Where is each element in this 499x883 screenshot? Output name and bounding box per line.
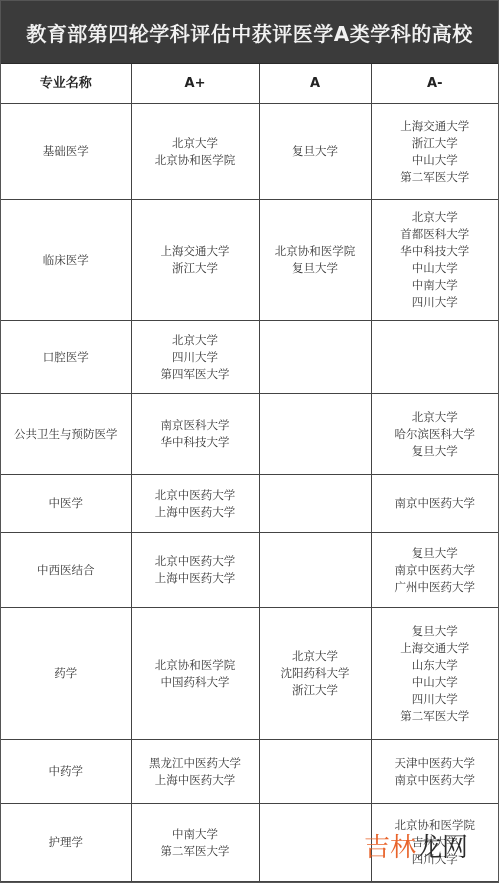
university-name: 第二军医大学 [132, 843, 259, 860]
university-name: 南京中医药大学 [372, 495, 499, 512]
university-name: 沈阳药科大学 [260, 665, 371, 682]
subject-cell: 基础医学 [1, 104, 131, 200]
subject-cell: 中药学 [1, 740, 131, 804]
table-row: 药学北京协和医学院中国药科大学北京大学沈阳药科大学浙江大学复旦大学上海交通大学山… [1, 608, 498, 740]
grade-cell-a-minus: 北京大学首都医科大学华中科技大学中山大学中南大学四川大学 [371, 200, 498, 321]
subject-cell: 中医学 [1, 475, 131, 533]
university-name: 四川大学 [372, 294, 499, 311]
grade-cell-a [259, 533, 371, 608]
grade-cell-a-minus: 上海交通大学浙江大学中山大学第二军医大学 [371, 104, 498, 200]
table-row: 中西医结合北京中医药大学上海中医药大学复旦大学南京中医药大学广州中医药大学 [1, 533, 498, 608]
subject-cell: 公共卫生与预防医学 [1, 394, 131, 475]
header-subject: 专业名称 [1, 64, 131, 104]
table-row: 中药学黑龙江中医药大学上海中医药大学天津中医药大学南京中医药大学 [1, 740, 498, 804]
header-a-minus: A- [371, 64, 498, 104]
university-name: 广州中医药大学 [372, 579, 499, 596]
grade-cell-a-plus: 北京大学北京协和医学院 [131, 104, 259, 200]
grade-cell-a: 北京协和医学院复旦大学 [259, 200, 371, 321]
grade-cell-a-plus: 北京大学四川大学第四军医大学 [131, 321, 259, 394]
university-name: 山东大学 [372, 657, 499, 674]
university-name: 南京中医药大学 [372, 562, 499, 579]
university-name: 黑龙江中医药大学 [132, 755, 259, 772]
university-name: 华中科技大学 [372, 243, 499, 260]
grade-cell-a: 北京大学沈阳药科大学浙江大学 [259, 608, 371, 740]
subject-cell: 中西医结合 [1, 533, 131, 608]
grade-cell-a [259, 804, 371, 882]
university-name: 北京大学 [260, 648, 371, 665]
university-name: 第二军医大学 [372, 708, 499, 725]
university-name: 华中科技大学 [132, 434, 259, 451]
grade-cell-a [259, 740, 371, 804]
university-name: 上海交通大学 [372, 640, 499, 657]
grade-cell-a-plus: 上海交通大学浙江大学 [131, 200, 259, 321]
grade-cell-a [259, 475, 371, 533]
grade-cell-a-minus: 南京中医药大学 [371, 475, 498, 533]
university-name: 哈尔滨医科大学 [372, 426, 499, 443]
subject-cell: 护理学 [1, 804, 131, 882]
university-name: 北京大学 [132, 135, 259, 152]
table-row: 公共卫生与预防医学南京医科大学华中科技大学北京大学哈尔滨医科大学复旦大学 [1, 394, 498, 475]
university-name: 上海中医药大学 [132, 772, 259, 789]
university-name: 浙江大学 [260, 682, 371, 699]
university-name: 上海交通大学 [132, 243, 259, 260]
grade-cell-a-minus: 北京大学哈尔滨医科大学复旦大学 [371, 394, 498, 475]
grade-cell-a [259, 394, 371, 475]
university-name: 北京大学 [372, 409, 499, 426]
header-row: 专业名称 A+ A A- [1, 64, 498, 104]
grade-cell-a: 复旦大学 [259, 104, 371, 200]
ranking-table: 专业名称 A+ A A- 基础医学北京大学北京协和医学院复旦大学上海交通大学浙江… [1, 64, 498, 882]
grade-cell-a-plus: 北京中医药大学上海中医药大学 [131, 475, 259, 533]
university-name: 上海交通大学 [372, 118, 499, 135]
grade-cell-a-plus: 北京中医药大学上海中医药大学 [131, 533, 259, 608]
grade-cell-a-minus: 复旦大学南京中医药大学广州中医药大学 [371, 533, 498, 608]
university-name: 第四军医大学 [132, 366, 259, 383]
university-name: 复旦大学 [260, 143, 371, 160]
subject-cell: 药学 [1, 608, 131, 740]
watermark-logo: 吉林龙网 [364, 833, 468, 863]
grade-cell-a-plus: 北京协和医学院中国药科大学 [131, 608, 259, 740]
university-name: 北京协和医学院 [260, 243, 371, 260]
table-row: 口腔医学北京大学四川大学第四军医大学 [1, 321, 498, 394]
university-name: 北京大学 [372, 209, 499, 226]
university-name: 上海中医药大学 [132, 570, 259, 587]
university-name: 南京医科大学 [132, 417, 259, 434]
university-name: 天津中医药大学 [372, 755, 499, 772]
university-name: 南京中医药大学 [372, 772, 499, 789]
university-name: 北京中医药大学 [132, 553, 259, 570]
university-name: 上海中医药大学 [132, 504, 259, 521]
university-name: 北京协和医学院 [372, 817, 499, 834]
header-a-plus: A+ [131, 64, 259, 104]
university-name: 北京协和医学院 [132, 152, 259, 169]
university-name: 中山大学 [372, 674, 499, 691]
university-name: 中南大学 [372, 277, 499, 294]
subject-cell: 口腔医学 [1, 321, 131, 394]
grade-cell-a-minus: 复旦大学上海交通大学山东大学中山大学四川大学第二军医大学 [371, 608, 498, 740]
grade-cell-a-minus: 天津中医药大学南京中医药大学 [371, 740, 498, 804]
university-name: 复旦大学 [260, 260, 371, 277]
university-name: 北京协和医学院 [132, 657, 259, 674]
university-name: 浙江大学 [372, 135, 499, 152]
grade-cell-a-plus: 南京医科大学华中科技大学 [131, 394, 259, 475]
grade-cell-a [259, 321, 371, 394]
grade-cell-a-plus: 黑龙江中医药大学上海中医药大学 [131, 740, 259, 804]
title-bar: 教育部第四轮学科评估中获评医学A类学科的高校 [1, 1, 498, 64]
subject-cell: 临床医学 [1, 200, 131, 321]
grade-cell-a-minus [371, 321, 498, 394]
table-row: 中医学北京中医药大学上海中医药大学南京中医药大学 [1, 475, 498, 533]
university-name: 中南大学 [132, 826, 259, 843]
university-name: 中山大学 [372, 152, 499, 169]
university-name: 复旦大学 [372, 623, 499, 640]
university-name: 复旦大学 [372, 545, 499, 562]
watermark-part2: 龙网 [416, 833, 468, 863]
university-name: 中国药科大学 [132, 674, 259, 691]
table-row: 基础医学北京大学北京协和医学院复旦大学上海交通大学浙江大学中山大学第二军医大学 [1, 104, 498, 200]
page-title: 教育部第四轮学科评估中获评医学A类学科的高校 [26, 18, 472, 47]
university-name: 复旦大学 [372, 443, 499, 460]
watermark-part1: 吉林 [364, 833, 416, 863]
grade-cell-a-plus: 中南大学第二军医大学 [131, 804, 259, 882]
university-name: 北京大学 [132, 332, 259, 349]
university-name: 第二军医大学 [372, 169, 499, 186]
university-name: 中山大学 [372, 260, 499, 277]
table-row: 临床医学上海交通大学浙江大学北京协和医学院复旦大学北京大学首都医科大学华中科技大… [1, 200, 498, 321]
header-a: A [259, 64, 371, 104]
university-name: 首都医科大学 [372, 226, 499, 243]
table-image: 教育部第四轮学科评估中获评医学A类学科的高校 专业名称 A+ A A- 基础医学… [0, 0, 499, 883]
university-name: 浙江大学 [132, 260, 259, 277]
university-name: 四川大学 [132, 349, 259, 366]
university-name: 四川大学 [372, 691, 499, 708]
university-name: 北京中医药大学 [132, 487, 259, 504]
